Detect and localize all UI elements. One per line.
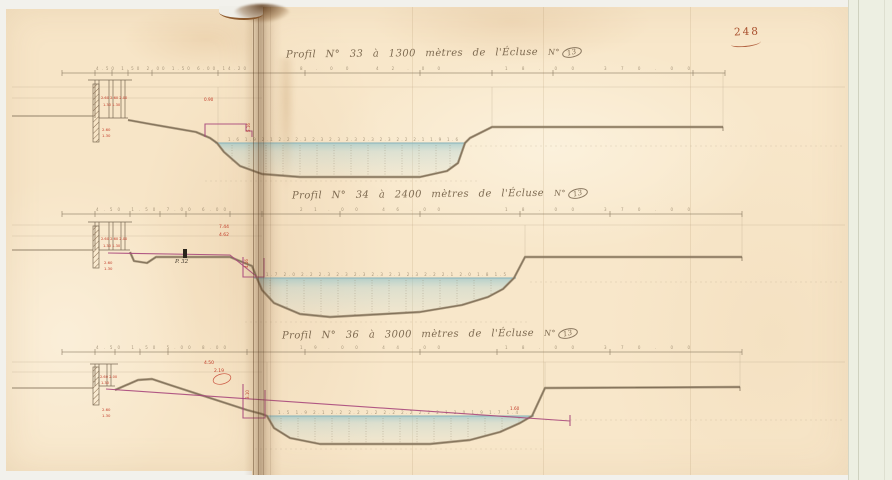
red-dimension: 1.30 [101, 381, 110, 385]
red-annotation: 1.60 [510, 406, 520, 411]
red-dimension: 2.60 [102, 407, 111, 412]
red-dimension: 1.30 1.30 [103, 103, 121, 107]
seal-number: 13 [561, 46, 582, 60]
seal-prefix: N° [544, 329, 556, 338]
red-dimension: 1.30 [102, 133, 111, 138]
red-annotation: 2.19 [214, 368, 224, 374]
red-annotation: 4.62 [219, 232, 229, 238]
seal-prefix: N° [554, 189, 566, 198]
sounding-figures: 1.5 1.9 2.1 2.2 2.2 2.2 2.2 2.2 2.2 2.1 … [278, 410, 518, 415]
scanned-atlas-page: 4.50 1.50 2.00 1.50 6.00 14.20 8.00 42.0… [0, 0, 892, 480]
dimension-figures: 4.50 1.50 5.00 8.00 [96, 345, 226, 350]
survey-marker-label: P. 32 [174, 259, 189, 265]
drawing-svg: 4.50 1.50 2.00 1.50 6.00 14.20 8.00 42.0… [0, 0, 892, 480]
red-dimension: 2.60 2.60 2.00 [101, 237, 128, 241]
datum-line [12, 362, 845, 372]
dimension-figures: 21.00 46.00 [300, 207, 440, 212]
red-circled-flourish [212, 372, 232, 386]
fold-crease-line [253, 7, 254, 475]
hatched-pier [93, 367, 99, 405]
red-annotation: 7.44 [219, 224, 229, 230]
survey-marker [183, 249, 187, 258]
dimension-figures: 19.00 44.00 [300, 345, 440, 350]
dimension-figures: 4.50 1.50 2.00 1.50 6.00 14.20 [96, 66, 246, 71]
seal-number: 13 [567, 187, 588, 201]
red-dimension: 2.60 2.00 [100, 375, 118, 379]
red-dimension: 1.30 [104, 266, 113, 271]
red-dimension: 1.30 1.30 [103, 244, 121, 248]
vertical-guide [256, 214, 742, 278]
dimension-figures: 18.00 370.00 [505, 345, 690, 350]
fold-crease-line [263, 7, 264, 475]
red-annotation: 4.50 [204, 360, 214, 366]
dimension-figures: 8.00 42.00 [300, 66, 440, 71]
profile-1-group: 4.50 1.50 2.00 1.50 6.00 14.20 8.00 42.0… [12, 66, 845, 181]
wall-structure: 2.60 2.60 2.00 1.30 1.30 2.60 1.30 [88, 222, 132, 271]
fold-crease-line [270, 7, 271, 475]
wall-structure: 2.60 2.60 2.00 1.30 1.30 2.60 1.30 [88, 80, 132, 142]
fold-smear-stain [277, 58, 295, 193]
title-seal: N°13 [544, 328, 578, 338]
fold-stain-top [234, 4, 290, 22]
hatched-pier [93, 84, 99, 142]
datum-line [12, 225, 845, 236]
dimension-figures: 4.50 1.50 7.00 6.00 [96, 207, 226, 212]
profile-3-group: 4.50 1.50 5.00 8.00 19.00 44.00 18.00 37… [12, 345, 845, 449]
red-dimension: 2.60 [104, 260, 113, 265]
red-dimension: 2.60 2.60 2.00 [101, 96, 128, 100]
profile-2-group: 4.50 1.50 7.00 6.00 21.00 46.00 18.00 37… [12, 207, 845, 322]
seal-prefix: N° [548, 48, 560, 57]
red-dimension: 2.60 [102, 127, 111, 132]
seal-number: 13 [557, 327, 578, 341]
fold-crease-line [258, 7, 259, 475]
red-dimension: 1.30 [102, 413, 111, 418]
dimension-figures: 18.00 370.00 [505, 66, 690, 71]
title-seal: N°13 [554, 188, 588, 198]
vertical-guide [267, 352, 740, 416]
datum-line [12, 87, 845, 98]
title-seal: N°13 [548, 47, 582, 57]
page-number: 248 [727, 25, 767, 38]
red-annotation: 0.90 [204, 97, 214, 102]
dimension-figures: 18.00 370.00 [505, 207, 690, 212]
sounding-figures: 1.7 2.0 2.2 2.3 2.3 2.3 2.3 2.3 2.3 2.2 … [266, 272, 506, 277]
water-wash [267, 416, 532, 444]
hatched-pier [93, 226, 99, 268]
